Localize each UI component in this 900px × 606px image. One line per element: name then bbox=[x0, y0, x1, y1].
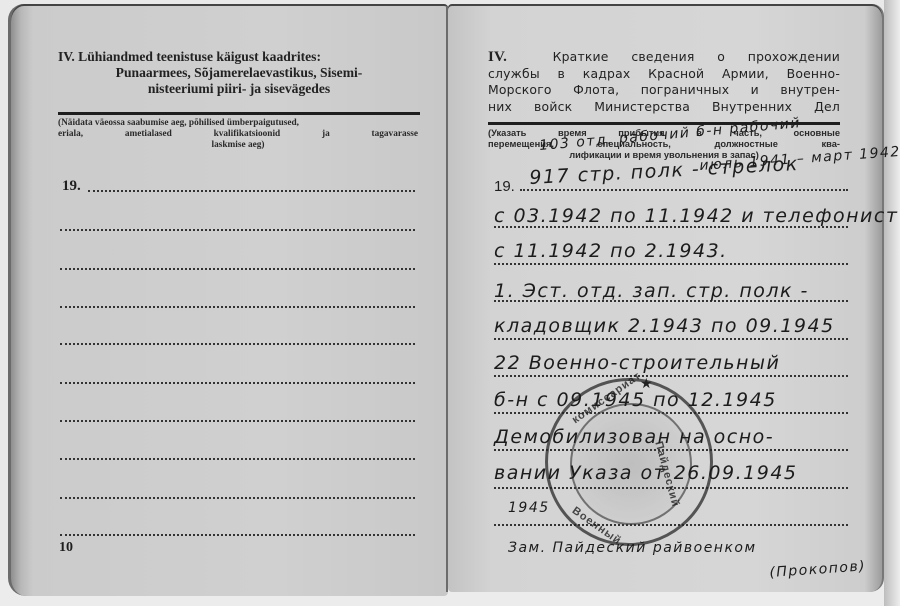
right-page-heading: IV. Краткие сведения о прохождении служб… bbox=[488, 49, 840, 115]
handwritten-entry-4: с 03.1942 по 11.1942 и телефонист bbox=[494, 205, 898, 227]
dotted-entry-line bbox=[60, 306, 415, 308]
right-heading-line-2: службы в кадрах Красной Армии, Военно- bbox=[488, 66, 840, 83]
dotted-entry-line bbox=[494, 338, 848, 340]
left-heading-rule bbox=[58, 112, 420, 115]
dotted-entry-line bbox=[60, 229, 415, 231]
handwritten-entry-8: 22 Военно-строительный bbox=[494, 352, 780, 374]
right-heading-line-4: них войск Министерства Внутренних Дел bbox=[488, 99, 840, 116]
page-edge-shadow bbox=[884, 0, 900, 606]
left-heading-line-1: IV. Lühiandmed teenistuse käigust kaadri… bbox=[58, 49, 420, 65]
left-instruction: (Näidata väeossa saabumise aeg, põhilise… bbox=[58, 118, 418, 151]
handwritten-entry-7: кладовщик 2.1943 по 09.1945 bbox=[494, 315, 835, 337]
dotted-entry-line bbox=[60, 268, 415, 270]
page-number: 10 bbox=[59, 540, 73, 556]
dotted-entry-line bbox=[60, 382, 415, 384]
handwritten-entry-12: 1945 bbox=[508, 500, 550, 516]
handwritten-entry-5: с 11.1942 по 2.1943. bbox=[494, 240, 728, 262]
dotted-entry-line bbox=[88, 190, 415, 192]
dotted-entry-line bbox=[60, 420, 415, 422]
left-instruction-line-3: laskmise aeg) bbox=[58, 140, 418, 151]
dotted-entry-line bbox=[60, 534, 415, 536]
handwritten-entry-6: 1. Эст. отд. зап. стр. полк - bbox=[494, 280, 809, 302]
right-heading-line-3: Морского Флота, пограничных и внутрен- bbox=[488, 82, 840, 99]
dotted-entry-line bbox=[60, 497, 415, 499]
left-instruction-line-1: (Näidata väeossa saabumise aeg, põhilise… bbox=[58, 118, 418, 129]
handwritten-entry-9: б-н с 09.1945 по 12.1945 bbox=[494, 389, 777, 411]
right-heading-line-1: Краткие сведения о прохождении bbox=[553, 49, 840, 64]
dotted-entry-line bbox=[520, 189, 848, 191]
dotted-entry-line bbox=[60, 458, 415, 460]
dotted-entry-line bbox=[494, 263, 848, 265]
left-year-prefix: 19. bbox=[62, 178, 81, 195]
left-heading-line-2: Punaarmees, Sõjamerelaevastikus, Sisemi- bbox=[58, 65, 420, 81]
left-page-heading: IV. Lühiandmed teenistuse käigust kaadri… bbox=[58, 49, 420, 97]
right-heading-roman: IV. bbox=[488, 49, 507, 65]
handwritten-entry-10: Демобилизован на осно- bbox=[494, 426, 774, 448]
right-year-prefix: 19. bbox=[494, 178, 515, 195]
dotted-entry-line bbox=[494, 375, 848, 377]
left-heading-line-3: nisteeriumi piiri- ja sisevägedes bbox=[58, 81, 420, 97]
left-instruction-line-2: eriala, ametialased kvalifikatsioonid ja… bbox=[58, 129, 418, 140]
dotted-entry-line bbox=[60, 343, 415, 345]
handwritten-entry-11: вании Указа от 26.09.1945 bbox=[494, 462, 798, 484]
handwritten-signature-line: Зам. Пайдеский райвоенком bbox=[508, 540, 757, 556]
